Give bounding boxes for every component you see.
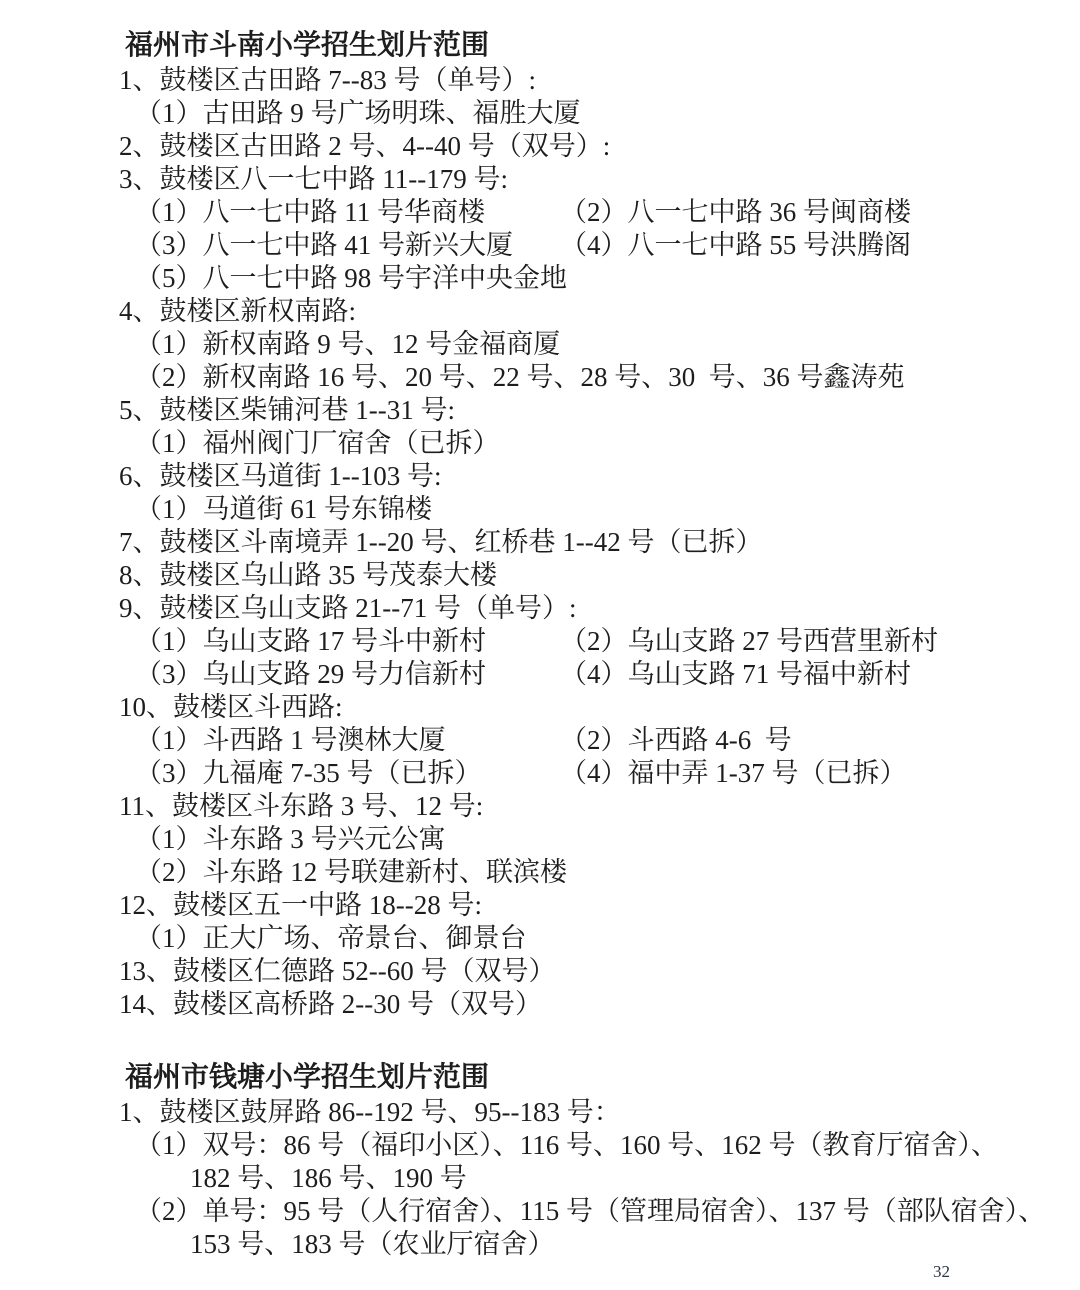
entry-text: 182 号、186 号、190 号	[190, 1163, 467, 1193]
entry-line: 182 号、186 号、190 号	[119, 1162, 1060, 1195]
entry-line: （1）斗东路 3 号兴元公寓	[119, 823, 1060, 856]
entry-line: 8、鼓楼区乌山路 35 号茂泰大楼	[119, 559, 1060, 592]
entry-text: 9、鼓楼区乌山支路 21--71 号（单号）:	[119, 593, 576, 623]
entry-line: （1）双号：86 号（福印小区）、116 号、160 号、162 号（教育厅宿舍…	[119, 1129, 1060, 1162]
entry-text: （2）斗西路 4-6 号	[560, 724, 792, 757]
entry-line: 1、鼓楼区鼓屏路 86--192 号、95--183 号：	[119, 1096, 1060, 1129]
entry-line: 2、鼓楼区古田路 2 号、4--40 号（双号）:	[119, 130, 1060, 163]
entry-text: 12、鼓楼区五一中路 18--28 号:	[119, 890, 482, 920]
entry-text: （3）九福庵 7-35 号（已拆）	[135, 757, 560, 790]
entry-text: 5、鼓楼区柴铺河巷 1--31 号:	[119, 395, 455, 425]
entry-text: 8、鼓楼区乌山路 35 号茂泰大楼	[119, 560, 497, 590]
entry-text: （4）乌山支路 71 号福中新村	[560, 658, 911, 691]
document-page: 福州市斗南小学招生划片范围1、鼓楼区古田路 7--83 号（单号）:（1）古田路…	[0, 0, 1080, 1290]
entry-text: （1）福州阀门厂宿舍（已拆）	[135, 428, 500, 458]
entry-text: （1）马道街 61 号东锦楼	[135, 494, 432, 524]
entry-line: 1、鼓楼区古田路 7--83 号（单号）:	[119, 64, 1060, 97]
entry-text: （2）单号：95 号（人行宿舍）、115 号（管理局宿舍）、137 号（部队宿舍…	[135, 1196, 1045, 1226]
entry-text: 7、鼓楼区斗南境弄 1--20 号、红桥巷 1--42 号（已拆）	[119, 527, 762, 557]
entry-text: （1）新权南路 9 号、12 号金福商厦	[135, 329, 560, 359]
entry-line: （2）斗东路 12 号联建新村、联滨楼	[119, 856, 1060, 889]
entry-line: 12、鼓楼区五一中路 18--28 号:	[119, 889, 1060, 922]
entry-line-two-column: （1）乌山支路 17 号斗中新村（2）乌山支路 27 号西营里新村	[119, 625, 1060, 658]
entry-text: （2）斗东路 12 号联建新村、联滨楼	[135, 857, 567, 887]
entry-line: 10、鼓楼区斗西路:	[119, 691, 1060, 724]
entry-line: 11、鼓楼区斗东路 3 号、12 号:	[119, 790, 1060, 823]
entry-text: （1）乌山支路 17 号斗中新村	[135, 625, 560, 658]
entry-line: （1）新权南路 9 号、12 号金福商厦	[119, 328, 1060, 361]
entry-text: （5）八一七中路 98 号宇洋中央金地	[135, 263, 567, 293]
entry-text: （1）斗西路 1 号澳林大厦	[135, 724, 560, 757]
entry-text: （1）斗东路 3 号兴元公寓	[135, 824, 446, 854]
entry-text: （1）双号：86 号（福印小区）、116 号、160 号、162 号（教育厅宿舍…	[135, 1130, 998, 1160]
entry-text: （4）八一七中路 55 号洪腾阁	[560, 229, 911, 262]
entry-line: （1）古田路 9 号广场明珠、福胜大厦	[119, 97, 1060, 130]
entry-line: 14、鼓楼区高桥路 2--30 号（双号）	[119, 988, 1060, 1021]
entry-line-two-column: （1）八一七中路 11 号华商楼（2）八一七中路 36 号闽商楼	[119, 196, 1060, 229]
entry-text: 11、鼓楼区斗东路 3 号、12 号:	[119, 791, 483, 821]
section-title: 福州市钱塘小学招生划片范围	[119, 1060, 1060, 1096]
entry-text: 2、鼓楼区古田路 2 号、4--40 号（双号）:	[119, 131, 610, 161]
entry-line: （5）八一七中路 98 号宇洋中央金地	[119, 262, 1060, 295]
section-title: 福州市斗南小学招生划片范围	[119, 28, 1060, 64]
entry-line: （2）单号：95 号（人行宿舍）、115 号（管理局宿舍）、137 号（部队宿舍…	[119, 1195, 1060, 1228]
entry-text: 13、鼓楼区仁德路 52--60 号（双号）	[119, 956, 555, 986]
entry-text: 153 号、183 号（农业厅宿舍）	[190, 1229, 555, 1259]
entry-text: （3）八一七中路 41 号新兴大厦	[135, 229, 560, 262]
entry-text: （3）乌山支路 29 号力信新村	[135, 658, 560, 691]
school-zone-section: 福州市斗南小学招生划片范围1、鼓楼区古田路 7--83 号（单号）:（1）古田路…	[119, 28, 1060, 1021]
entry-text: 6、鼓楼区马道街 1--103 号:	[119, 461, 441, 491]
entry-line: 6、鼓楼区马道街 1--103 号:	[119, 460, 1060, 493]
entry-line: 7、鼓楼区斗南境弄 1--20 号、红桥巷 1--42 号（已拆）	[119, 526, 1060, 559]
school-zone-section: 福州市钱塘小学招生划片范围1、鼓楼区鼓屏路 86--192 号、95--183 …	[119, 1060, 1060, 1261]
entry-text: （1）正大广场、帝景台、御景台	[135, 923, 527, 953]
entry-line: （1）福州阀门厂宿舍（已拆）	[119, 427, 1060, 460]
entry-text: 3、鼓楼区八一七中路 11--179 号:	[119, 164, 508, 194]
entry-line-two-column: （3）乌山支路 29 号力信新村（4）乌山支路 71 号福中新村	[119, 658, 1060, 691]
entry-line: 13、鼓楼区仁德路 52--60 号（双号）	[119, 955, 1060, 988]
entry-line: 3、鼓楼区八一七中路 11--179 号:	[119, 163, 1060, 196]
document-content: 福州市斗南小学招生划片范围1、鼓楼区古田路 7--83 号（单号）:（1）古田路…	[0, 0, 1080, 1261]
entry-line: 5、鼓楼区柴铺河巷 1--31 号:	[119, 394, 1060, 427]
entry-line: 4、鼓楼区新权南路:	[119, 295, 1060, 328]
entry-text: （4）福中弄 1-37 号（已拆）	[560, 757, 907, 790]
entry-text: （1）八一七中路 11 号华商楼	[135, 196, 560, 229]
entry-text: 1、鼓楼区鼓屏路 86--192 号、95--183 号：	[119, 1097, 621, 1127]
entry-text: 14、鼓楼区高桥路 2--30 号（双号）	[119, 989, 542, 1019]
entry-line: 153 号、183 号（农业厅宿舍）	[119, 1228, 1060, 1261]
page-number: 32	[933, 1262, 950, 1282]
entry-line-two-column: （3）九福庵 7-35 号（已拆）（4）福中弄 1-37 号（已拆）	[119, 757, 1060, 790]
entry-line: 9、鼓楼区乌山支路 21--71 号（单号）:	[119, 592, 1060, 625]
entry-line: （1）正大广场、帝景台、御景台	[119, 922, 1060, 955]
entry-line-two-column: （3）八一七中路 41 号新兴大厦（4）八一七中路 55 号洪腾阁	[119, 229, 1060, 262]
entry-text: （2）八一七中路 36 号闽商楼	[560, 196, 911, 229]
entry-line-two-column: （1）斗西路 1 号澳林大厦（2）斗西路 4-6 号	[119, 724, 1060, 757]
entry-text: （2）新权南路 16 号、20 号、22 号、28 号、30 号、36 号鑫涛苑	[135, 362, 905, 392]
entry-text: 10、鼓楼区斗西路:	[119, 692, 343, 722]
entry-text: 1、鼓楼区古田路 7--83 号（单号）:	[119, 65, 536, 95]
entry-text: 4、鼓楼区新权南路:	[119, 296, 356, 326]
entry-text: （2）乌山支路 27 号西营里新村	[560, 625, 938, 658]
entry-line: （1）马道街 61 号东锦楼	[119, 493, 1060, 526]
entry-line: （2）新权南路 16 号、20 号、22 号、28 号、30 号、36 号鑫涛苑	[119, 361, 1060, 394]
entry-text: （1）古田路 9 号广场明珠、福胜大厦	[135, 98, 581, 128]
